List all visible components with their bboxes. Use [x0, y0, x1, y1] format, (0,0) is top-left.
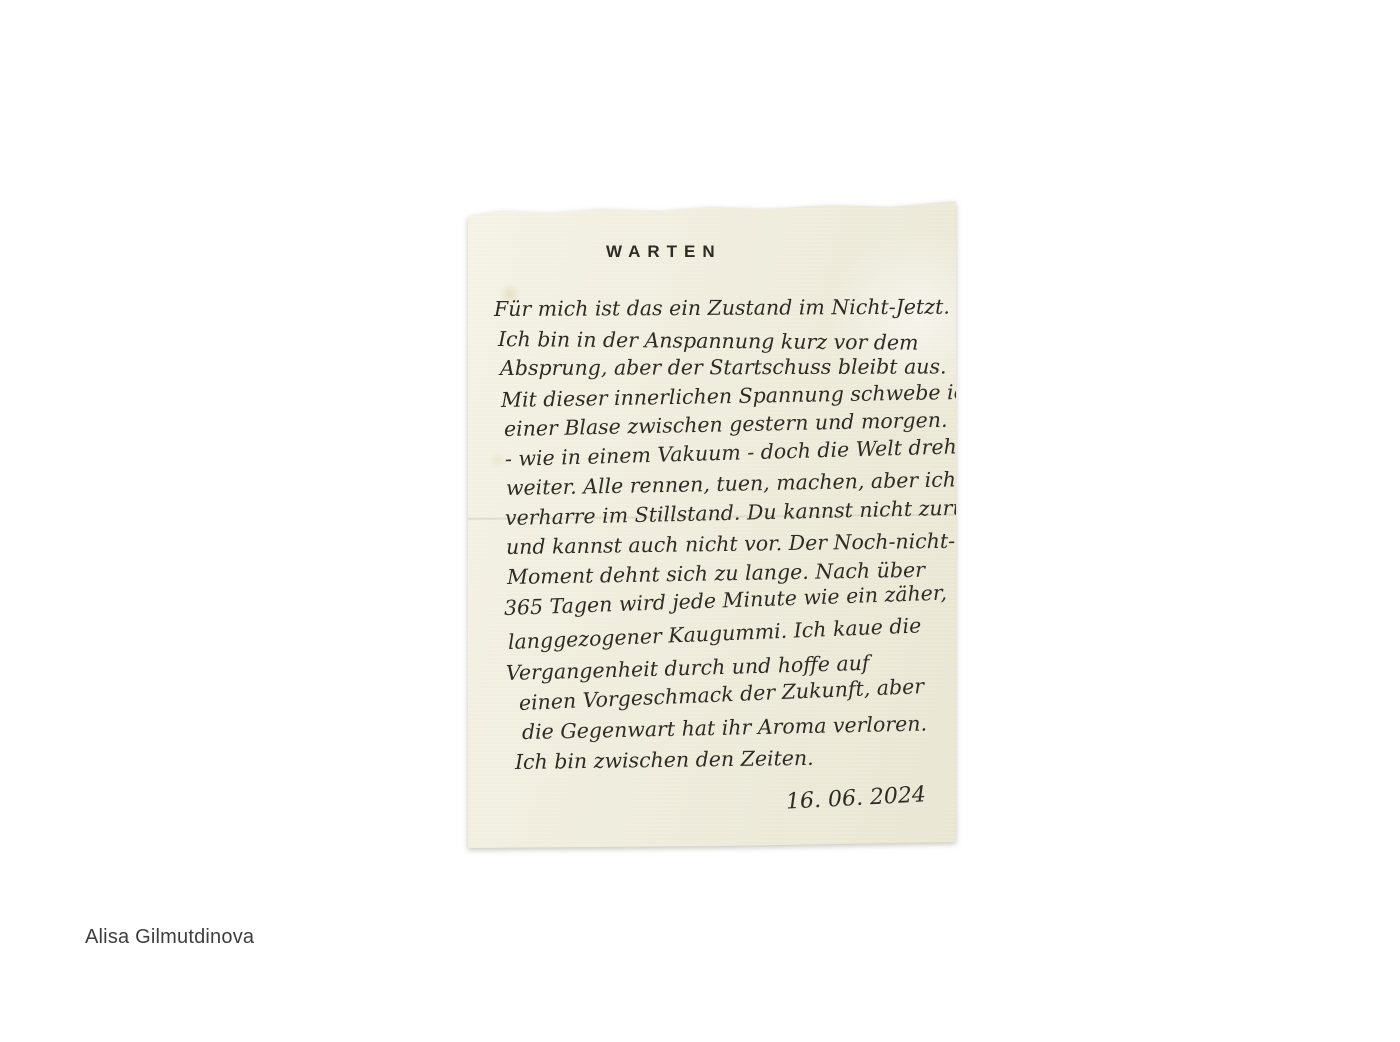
note-title: WARTEN [606, 242, 722, 262]
handwritten-note: WARTEN Für mich ist das ein Zustand im N… [468, 198, 956, 848]
note-body: Für mich ist das ein Zustand im Nicht-Je… [492, 295, 944, 777]
author-caption: Alisa Gilmutdinova [85, 926, 254, 949]
note-line: Für mich ist das ein Zustand im Nicht-Je… [494, 293, 944, 325]
note-paper: WARTEN Für mich ist das ein Zustand im N… [468, 198, 956, 848]
note-line: Ich bin zwischen den Zeiten. [515, 742, 944, 777]
note-date: 16. 06. 2024 [785, 782, 926, 814]
photo-background: WARTEN Für mich ist das ein Zustand im N… [0, 0, 1400, 1042]
